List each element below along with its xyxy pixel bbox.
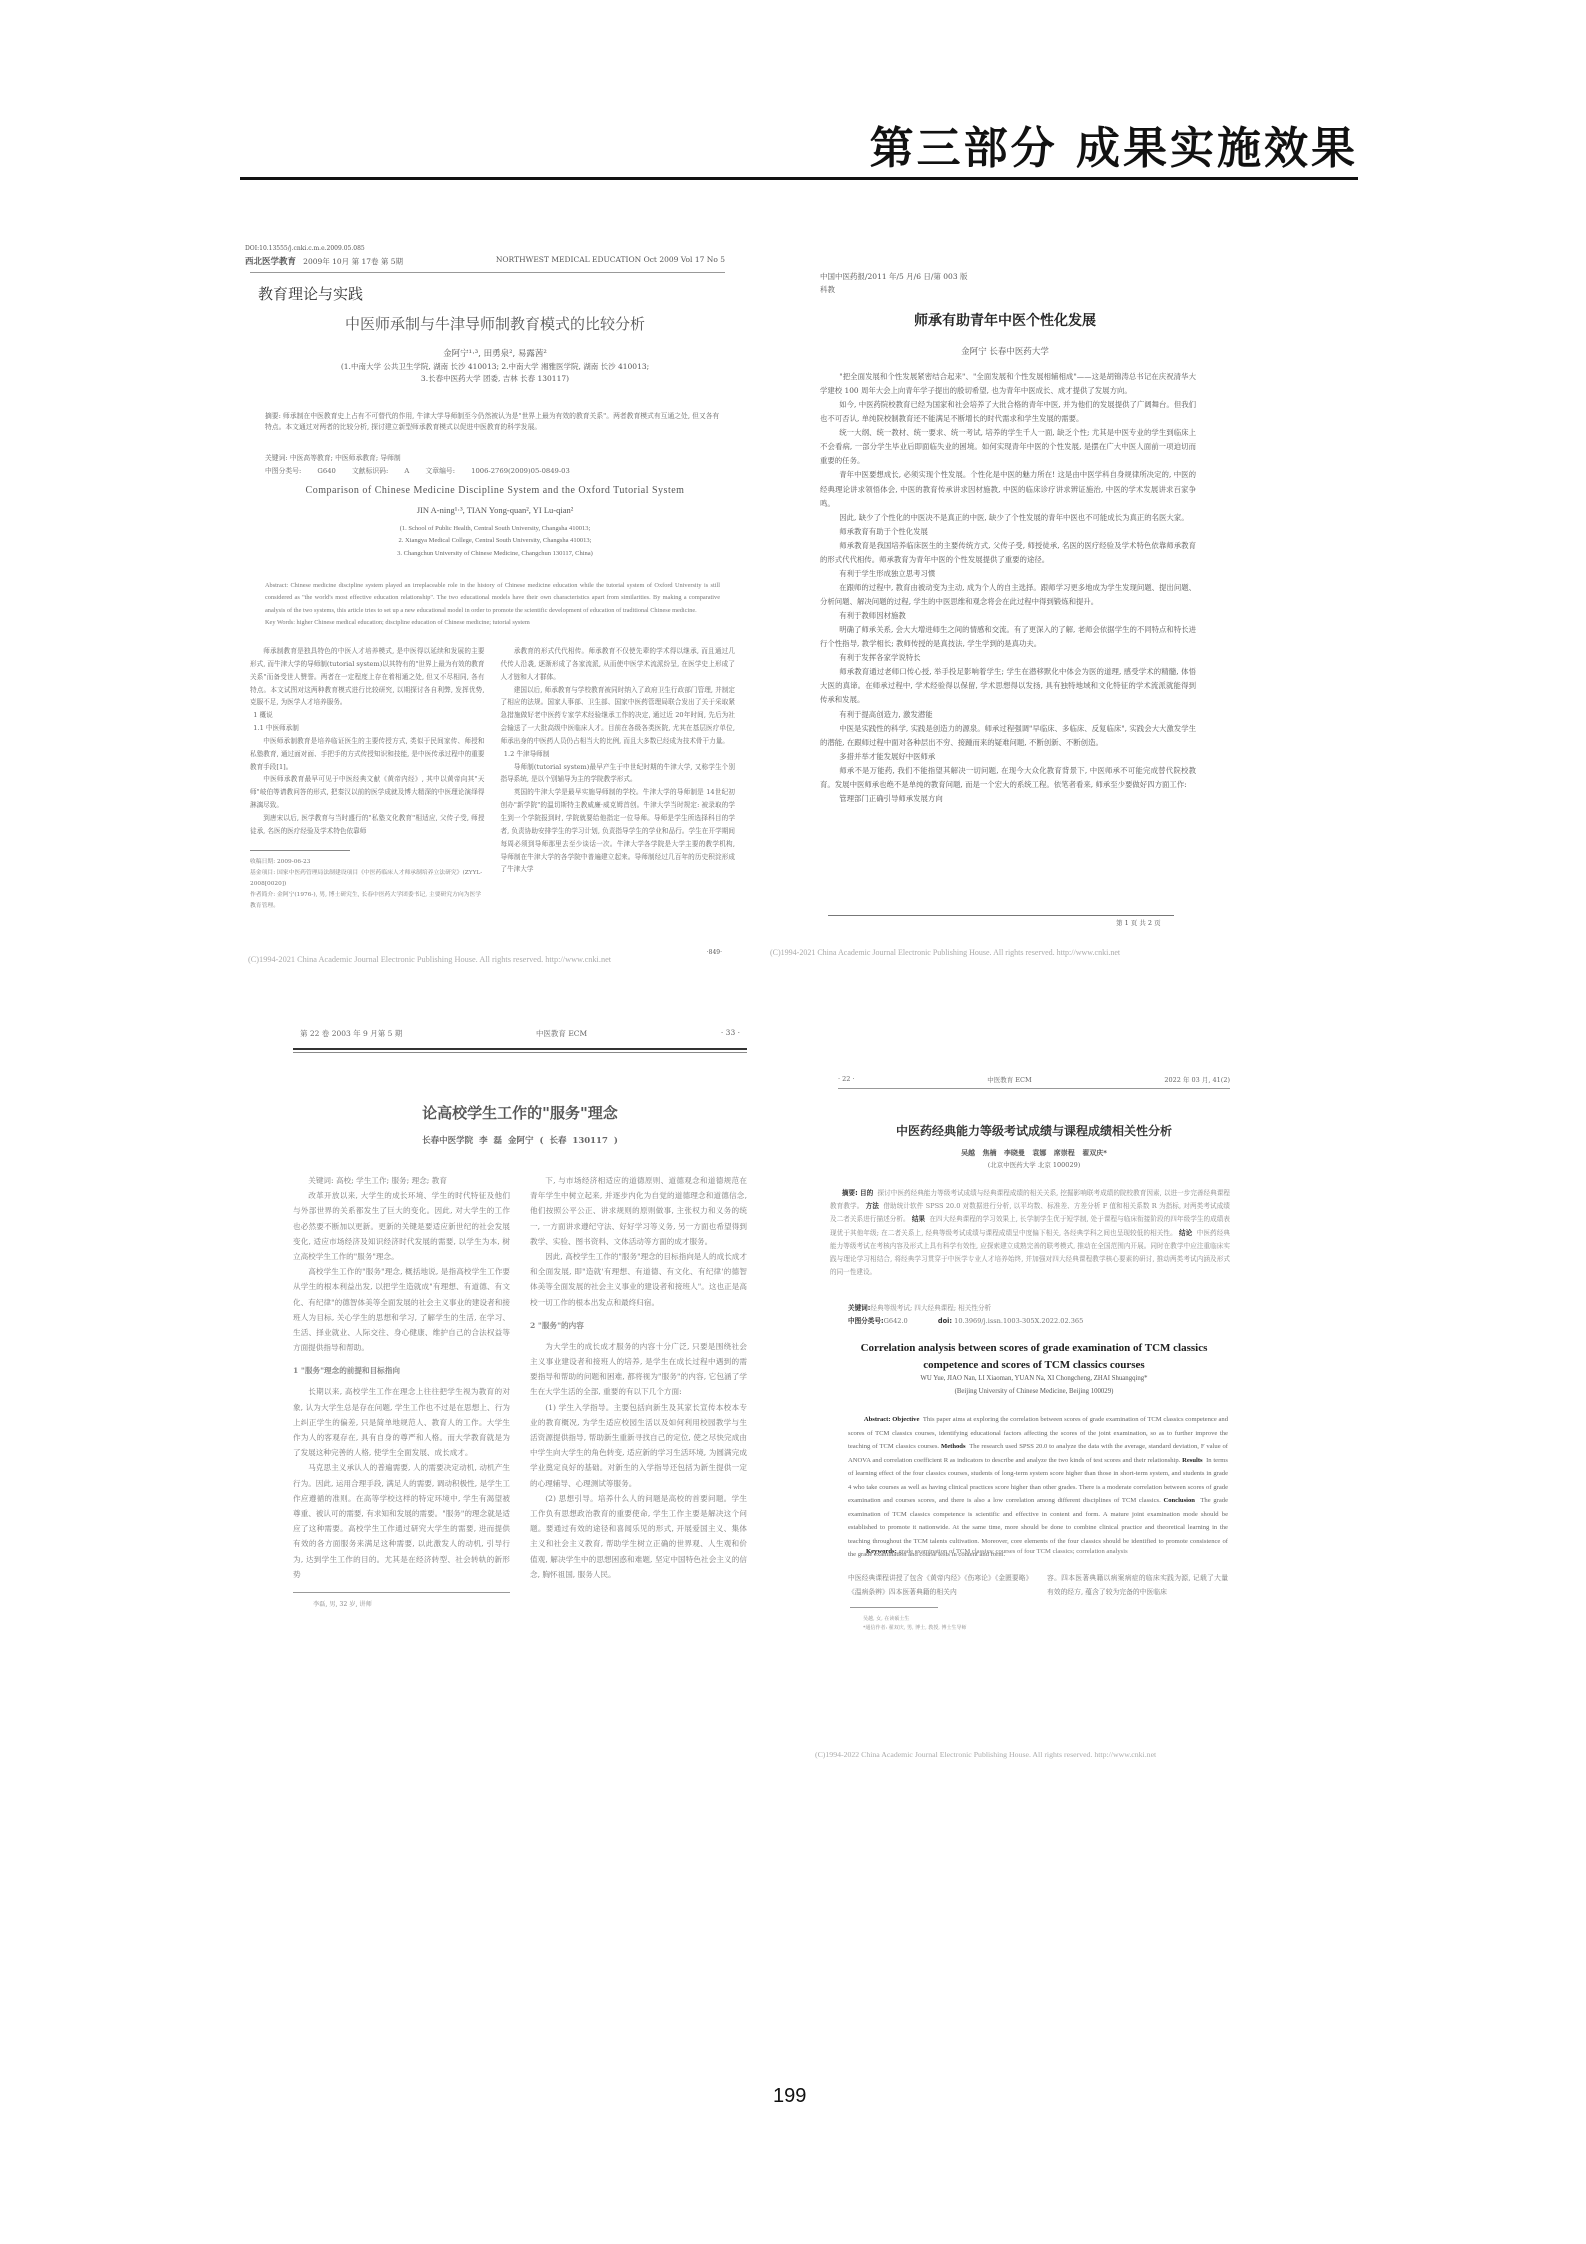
- paper-thumbnail-service-concept: 第 22 卷 2003 年 9 月第 5 期 中医教育 ECM · 33 · 论…: [290, 1020, 750, 1760]
- paper-thumbnail-mentorship-article: 中国中医药报/2011 年/5 月/6 日/第 003 版 科教 师承有助青年中…: [770, 255, 1350, 965]
- paper-abstract-en: Abstract: Objective This paper aims at e…: [848, 1413, 1228, 1562]
- journal-name-en: NORTHWEST MEDICAL EDUCATION Oct 2009 Vol…: [496, 255, 725, 267]
- paper-classification: 中图分类号:G642.0 doi: 10.3969/j.issn.1003-30…: [848, 1315, 1083, 1325]
- footnote-divider: [850, 1607, 938, 1608]
- paper-body: 中医经典课程讲授了包含《黄帝内经》《伤寒论》《金匮要略》《温病条辨》四本医著典籍…: [848, 1572, 1228, 1599]
- paper-affiliation: (北京中医药大学 北京 100029): [838, 1160, 1230, 1169]
- footnote-divider: [250, 850, 350, 851]
- paper-authors: 金阿宁¹·³, 田勇泉², 易露茜²: [240, 347, 750, 359]
- section-header: 第三部分 成果实施效果: [240, 112, 1358, 174]
- paper-authors-en: JIN A-ning¹·³, TIAN Yong-quan², YI Lu-qi…: [240, 505, 750, 515]
- paper-title-en: Comparison of Chinese Medicine Disciplin…: [240, 485, 750, 496]
- paper-thumbnail-correlation-analysis: · 22 · 中医教育 ECM 2022 年 03 月, 41(2) 中医药经典…: [800, 1070, 1370, 1760]
- paper-abstract-en: Abstract: Chinese medicine discipline sy…: [265, 580, 720, 629]
- paper-affiliations-en: (1. School of Public Health, Central Sou…: [240, 523, 750, 560]
- page-number: 199: [773, 2085, 806, 2108]
- journal-name-cn: 西北医学教育: [245, 257, 296, 267]
- paper-authors-en: WU Yue, JIAO Nan, LI Xiaoman, YUAN Na, X…: [838, 1373, 1230, 1399]
- article-byline: 金阿宁 长春中医药大学: [770, 345, 1240, 357]
- page-count: 第 1 页 共 2 页: [1116, 918, 1161, 927]
- copyright-notice: (C)1994-2022 China Academic Journal Elec…: [815, 1750, 1156, 1759]
- paper-authors: 吴越 焦楠 李晓曼 袁娜 席崇程 翟双庆*: [838, 1148, 1230, 1158]
- body-column-right: 承教育的形式代代相传。师承教育不仅使先辈的学术得以继承, 而且通过几代传人沿袭,…: [501, 645, 736, 912]
- paper-keywords-en: Keywords: grade examination of TCM class…: [866, 1548, 1128, 1555]
- header-divider-thin: [293, 1052, 747, 1053]
- paper-keywords: 关键词:经典等级考试; 四大经典课程; 相关性分析: [848, 1302, 991, 1312]
- body-column-left: 师承制教育是独具特色的中医人才培养模式, 是中医得以延续和发展的主要形式, 而牛…: [250, 645, 485, 912]
- journal-header: · 22 · 中医教育 ECM 2022 年 03 月, 41(2): [838, 1075, 1230, 1084]
- paper-keywords: 关键词: 中医高等教育; 中医师承教育; 导师制: [265, 452, 401, 462]
- article-body: "把全面发展和个性发展紧密结合起来"、"全面发展和个性发展相辅相成"——这是胡锦…: [820, 370, 1196, 806]
- body-column-left: 中医经典课程讲授了包含《黄帝内经》《伤寒论》《金匮要略》《温病条辨》四本医著典籍…: [848, 1572, 1029, 1599]
- body-column-right: 容。四本医著典籍以病案病症的临床实践为源, 记载了大量有效的经方, 蕴含了较为完…: [1047, 1572, 1228, 1599]
- newspaper-source: 中国中医药报/2011 年/5 月/6 日/第 003 版 科教: [820, 270, 967, 296]
- footnote-divider: [293, 1592, 510, 1593]
- copyright-notice: (C)1994-2021 China Academic Journal Elec…: [248, 955, 611, 964]
- paper-title: 中医药经典能力等级考试成绩与课程成绩相关性分析: [838, 1122, 1230, 1139]
- paper-abstract: 摘要: 目的 探讨中医药经典能力等级考试成绩与经典课程成绩的相关关系, 挖掘影响…: [830, 1187, 1230, 1279]
- journal-header: 西北医学教育 2009年 10月 第 17卷 第 5期 NORTHWEST ME…: [245, 255, 725, 267]
- copyright-notice: (C)1994-2021 China Academic Journal Elec…: [770, 948, 1120, 957]
- article-title: 师承有助青年中医个性化发展: [770, 310, 1240, 330]
- header-divider: [838, 1088, 1230, 1089]
- paper-classification: 中图分类号: G640 文献标识码: A 文章编号: 1006-2769(200…: [265, 465, 570, 475]
- body-column-right: 下, 与市场经济相适应的道德原则、道德观念和道德规范在青年学生中树立起来, 并逐…: [530, 1173, 747, 1608]
- section-title: 第三部分 成果实施效果: [870, 112, 1358, 176]
- journal-issue: 2009年 10月 第 17卷 第 5期: [303, 257, 403, 266]
- header-divider: [293, 1048, 747, 1050]
- paper-footnotes: 收稿日期: 2009-06-23 基金项目: 国家中医药管理局法制建设项目《中医…: [250, 857, 485, 912]
- body-column-left: 关键词: 高校; 学生工作; 服务; 理念; 教育 改革开放以来, 大学生的成长…: [293, 1173, 510, 1608]
- section-divider: [240, 177, 1358, 180]
- paper-affiliations: (1.中南大学 公共卫生学院, 湖南 长沙 410013; 2.中南大学 湘雅医…: [260, 361, 730, 385]
- paper-byline: 长春中医学院 李 磊 金阿宁 ( 长春 130117 ): [290, 1134, 750, 1146]
- journal-column: 教育理论与实践: [258, 283, 363, 304]
- paper-footnote: 李磊, 男, 32 岁, 讲师: [293, 1599, 510, 1608]
- footer-divider: [828, 915, 1174, 916]
- header-divider: [250, 272, 725, 273]
- paper-title: 论高校学生工作的"服务"理念: [290, 1102, 750, 1123]
- paper-body: 关键词: 高校; 学生工作; 服务; 理念; 教育 改革开放以来, 大学生的成长…: [293, 1173, 747, 1608]
- paper-body: 师承制教育是独具特色的中医人才培养模式, 是中医得以延续和发展的主要形式, 而牛…: [250, 645, 735, 912]
- paper-abstract: 摘要: 师承制在中医教育史上占有不可替代的作用, 牛津大学导师制至今仍然被认为是…: [265, 411, 720, 433]
- paper-title: 中医师承制与牛津导师制教育模式的比较分析: [240, 313, 750, 334]
- paper-thumbnail-comparison-analysis: DOI:10.13555/j.cnki.c.m.e.2009.05.085 西北…: [240, 245, 750, 965]
- paper-footnotes: 吴越, 女, 在读硕士生 *通信作者: 翟双庆, 男, 博士, 教授, 博士生导…: [863, 1615, 967, 1632]
- journal-page-number: ·849·: [707, 949, 722, 956]
- paper-title-en: Correlation analysis between scores of g…: [838, 1340, 1230, 1373]
- journal-header: 第 22 卷 2003 年 9 月第 5 期 中医教育 ECM · 33 ·: [300, 1028, 740, 1039]
- paper-doi: DOI:10.13555/j.cnki.c.m.e.2009.05.085: [245, 245, 365, 252]
